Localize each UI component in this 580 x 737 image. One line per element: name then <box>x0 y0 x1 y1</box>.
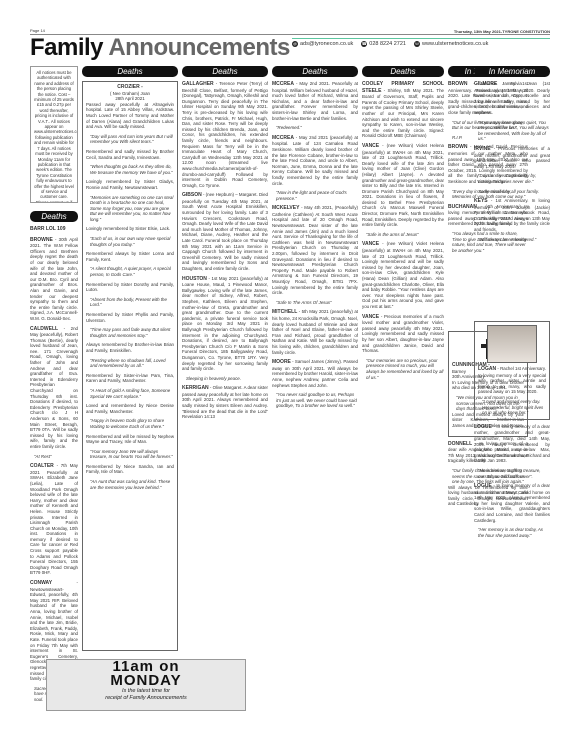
notice-entry: MITCHELL - 5th May 2021 (peacefully) at … <box>272 309 358 355</box>
notice-entry: "Our memories are so precious, your pres… <box>362 358 444 380</box>
notice-entry: "Will always be remembered." <box>474 237 550 243</box>
notice-terms-box: All notices must be authenticated with n… <box>30 66 78 203</box>
deaths-list-1: BARR LOL 109 BROWNE - 30th April 2021. T… <box>30 226 78 703</box>
verse: Remembered by Niece Sandra, Ian and Fami… <box>86 464 174 475</box>
web-icon: W <box>414 41 420 47</box>
verse: "Happy in heaven Gods glory to share Wai… <box>86 418 174 429</box>
column-4: Deaths MCCREA - May 2nd 2021. Peacefully… <box>272 66 358 736</box>
contact-bar: @ads@tyronecon.co.uk ☎028 8224 2721 Wwww… <box>292 41 488 47</box>
verse: "A silent thought, A quiet prayer, A spe… <box>86 266 174 277</box>
verse: Remembered by Sister Dorothy and Family,… <box>86 282 174 293</box>
verse: Remembered and will be missed by Nephew … <box>86 434 174 445</box>
notice-entry: "At Rest" <box>30 454 78 460</box>
email-icon: @ <box>292 41 298 47</box>
notice-entry: VANCE - (nee Wilson) Violet Helena (peac… <box>362 241 444 309</box>
notice-entry: "Safe In The Arms Of Jesus" <box>272 300 358 306</box>
notice-entry: VANCE - (nee Wilson) Violet Helena (peac… <box>362 143 444 228</box>
column-2: Deaths CROZIER - ( Nee Graham) Joan 28th… <box>82 66 178 651</box>
notice-entry: "Days and years go swiftly by, Loving me… <box>474 173 550 184</box>
verse: "Each of us, in our own way Have special… <box>86 236 174 247</box>
verse: Always remembered by Brother-in-law Bria… <box>86 342 174 353</box>
notice-entry: LOGUE - In loving memory of a dear mothe… <box>474 424 550 464</box>
notice-entry: COOLEY PRIMARY SCHOOL STEELE - Shirley, … <box>362 81 444 139</box>
phone-contact[interactable]: ☎028 8224 2721 <box>361 41 406 47</box>
verse: "Day will pass And turn into years But I… <box>86 134 174 145</box>
notice-entry: "Her memory is as dear today, As the hou… <box>474 527 550 538</box>
notice-entry: COALTER - 7th May 2021 Peacefully at SWA… <box>30 463 78 576</box>
notice-entry: MCKELVEY - May 4th 2021, (Peacefully) Ca… <box>272 205 358 296</box>
verse: Remembered always by Sister Lorna and Fa… <box>86 251 174 262</box>
section-header-deaths: Deaths <box>362 66 444 77</box>
notice-entry: CALDWELL - 2nd May (peacefully), Robert … <box>30 326 78 450</box>
verse: "Absent from the body, Present with the … <box>86 297 174 308</box>
column-7: In Memoriam GILMORE - Sylvia Jean (1st A… <box>474 66 550 736</box>
column-3: Deaths GALLAGHER - Terence Peter (Terry)… <box>182 66 268 666</box>
verse: "When thoughts go back As they often do,… <box>86 164 174 175</box>
notice-entry: HOUSTON - 1st May 2021 (peacefully) at L… <box>182 276 268 372</box>
verse: "Your memory Jean We will always treasur… <box>86 449 174 460</box>
verse: Remembered by Sister-in-law Pam, Tina, K… <box>86 373 174 384</box>
notice-entry: GIBSON - (nee Hepburn) – Margaret. Died … <box>182 192 268 271</box>
verse: Lovingly remembered by Sister Gladys, Ro… <box>86 179 174 190</box>
verse: "A Heart of gold A smiling face, Someone… <box>86 388 174 399</box>
section-header-deaths: Deaths <box>82 66 178 77</box>
notice-entry: "Now in the light and peace of God's pre… <box>272 190 358 201</box>
verse: Loved and remembered by Niece Denise and… <box>86 403 174 414</box>
notice-entry: GALLAGHER - Terence Peter (Terry) of Bee… <box>182 81 268 188</box>
verse: Remembered and sadly missed by Brother C… <box>86 149 174 160</box>
verse: Remembered by Sister Phyllis and Family,… <box>86 312 174 323</box>
section-header-deaths: Deaths <box>30 211 78 222</box>
notice-entry: MCCREA - May 2nd 2021. Peacefully at hos… <box>272 81 358 121</box>
verse: "An Aunt that was caring and kind. These… <box>86 479 174 490</box>
section-header-in-memoriam: In Memoriam <box>474 66 550 77</box>
notice-entry: "Memories are a gift to treasure, ours o… <box>474 468 550 479</box>
phone-icon: ☎ <box>361 41 367 47</box>
deadline-promo-box: 11am on MONDAY Is the latest time for re… <box>46 659 246 711</box>
email-contact[interactable]: @ads@tyronecon.co.uk <box>292 41 353 47</box>
verse: "Memories are something no one can steal… <box>86 195 174 223</box>
website-contact[interactable]: Wwww.ulsternetnotices.co.uk <box>414 41 488 47</box>
notice-entry: GILMORE - Sylvia Jean (1st Anniversary) … <box>474 81 550 116</box>
notice-entry: MOORE - Samuel James (Jimmy). Passed awa… <box>272 359 358 388</box>
column-1: All notices must be authenticated with n… <box>30 66 78 707</box>
notice-entry: "Redeemed." <box>272 125 358 131</box>
verse: "Time may pass and fade away But silent … <box>86 327 174 338</box>
notice-entry: "You never said goodbye to us, Perhaps i… <box>272 392 358 409</box>
notice-entry: Sadly missed by all your family. <box>474 189 550 195</box>
notice-entry: Sleeping in heavenly peace. <box>182 376 268 382</box>
verse: Lovingly remembered by Sister Elsie, Lac… <box>86 226 174 232</box>
section-header-deaths: Deaths <box>272 66 358 77</box>
crozier-notice: CROZIER - ( Nee Graham) Joan 28th April … <box>82 81 178 651</box>
notice-entry: KEYS - 1st Anniversary. In loving memory… <box>474 198 550 233</box>
notice-entry: "Your ways were always quiet, You never … <box>474 120 550 142</box>
section-header-deaths: Deaths <box>182 66 268 77</box>
notice-entry: MCCREA - May 2nd 2021 (peacefully) at ho… <box>272 135 358 186</box>
verse: "Resting where no shadows fall, Loved an… <box>86 358 174 369</box>
logan-notice: LOGAN - Rachel 1st Anniversary. In lovin… <box>474 321 550 420</box>
memorial-photo <box>487 325 537 363</box>
accent-rule <box>292 38 550 39</box>
notice-entry: BROWNE - 30th April 2021. The W.M Fellow… <box>30 237 78 322</box>
notice-entry: LOGUE - In loving memory of a dear mum a… <box>474 483 550 523</box>
notice-entry: "Safe in the arms of Jesus" <box>362 232 444 238</box>
notice-entry: IRVINE - Precious memories of a dear mot… <box>474 146 550 169</box>
notice-entry: BARR LOL 109 <box>30 226 78 233</box>
page-number: Page 14 <box>30 28 45 33</box>
page-title: Family Announcements <box>30 34 290 62</box>
notice-entry: VANCE - Precious memories of a much love… <box>362 314 444 354</box>
notice-entry: KERRIGAN - Olive Margaret. A dear sister… <box>182 385 268 420</box>
column-5: Deaths COOLEY PRIMARY SCHOOL STEELE - Sh… <box>362 66 444 736</box>
